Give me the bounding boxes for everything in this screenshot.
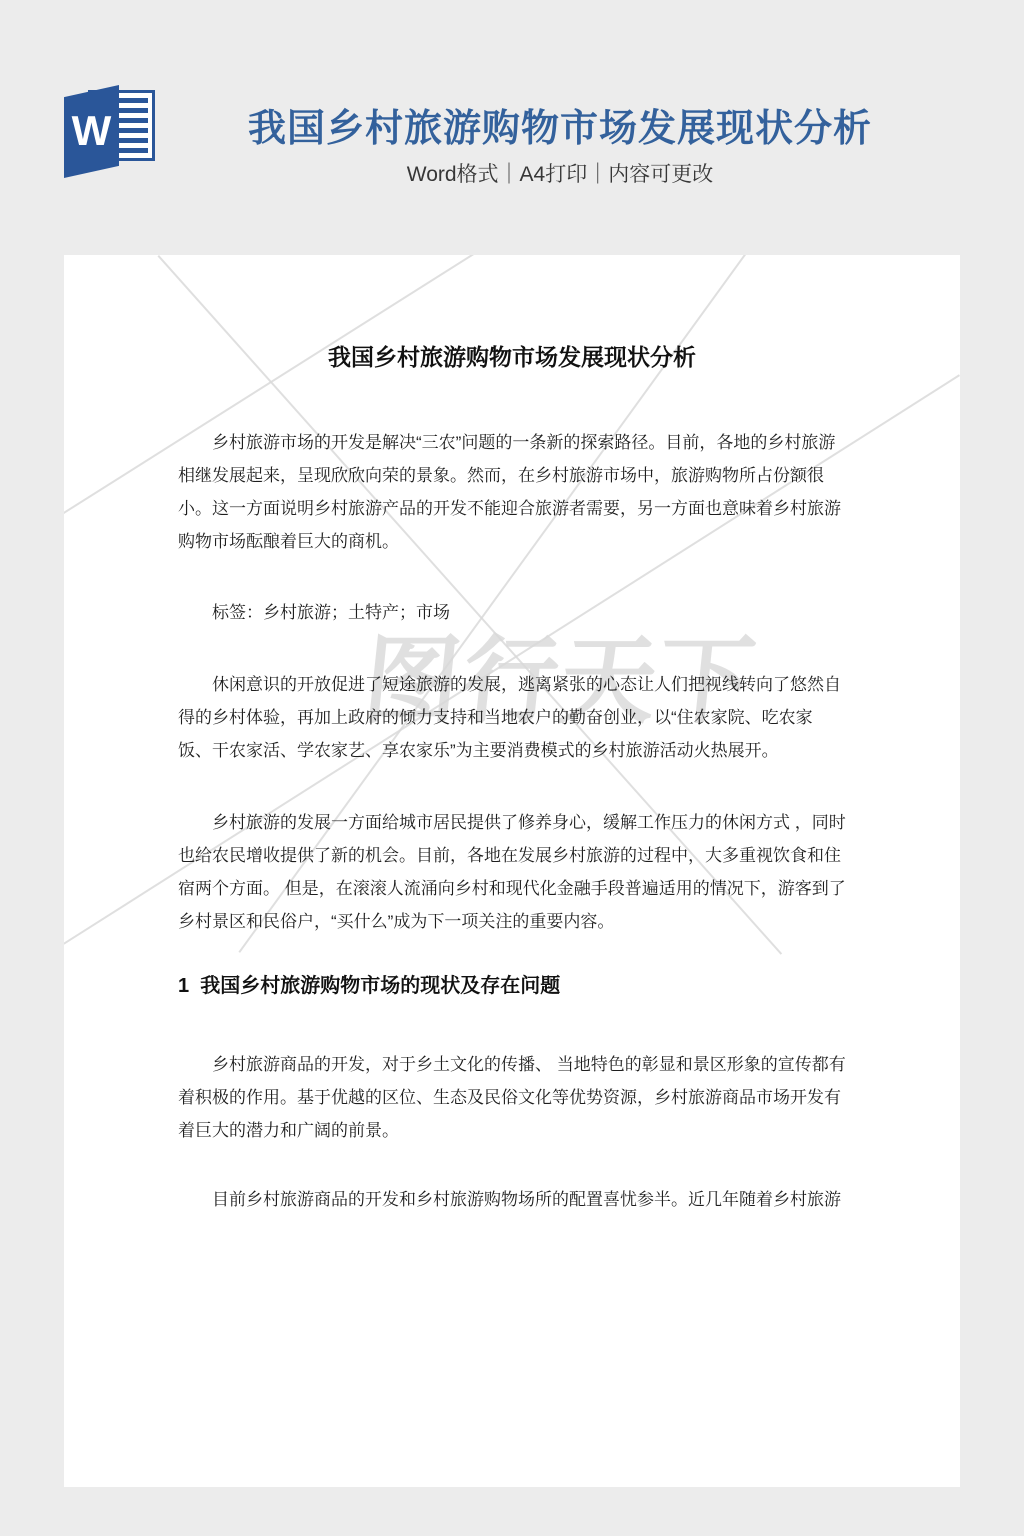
word-icon-flag: W — [64, 85, 119, 178]
doc-paragraph: 乡村旅游商品的开发，对于乡土文化的传播、 当地特色的彰显和景区形象的宣传都有着积… — [178, 1048, 846, 1147]
word-icon-letter: W — [72, 110, 112, 152]
doc-paragraph: 乡村旅游的发展一方面给城市居民提供了修养身心，缓解工作压力的休闲方式 ，同时也给… — [178, 806, 846, 938]
word-file-icon: W — [64, 85, 156, 178]
page-subtitle: Word格式｜A4打印｜内容可更改 — [160, 158, 960, 188]
page-title: 我国乡村旅游购物市场发展现状分析 — [160, 97, 960, 152]
doc-paragraph: 乡村旅游市场的开发是解决“三农”问题的一条新的探索路径。目前，各地的乡村旅游相继… — [178, 426, 846, 558]
doc-tag-line: 标签：乡村旅游；土特产；市场 — [178, 596, 846, 629]
header-banner: W 我国乡村旅游购物市场发展现状分析 Word格式｜A4打印｜内容可更改 — [0, 0, 1024, 255]
doc-paragraph: 目前乡村旅游商品的开发和乡村旅游购物场所的配置喜忧参半。近几年随着乡村旅游 — [178, 1183, 846, 1216]
document-sheet: 图行天下 我国乡村旅游购物市场发展现状分析 乡村旅游市场的开发是解决“三农”问题… — [64, 255, 960, 1487]
doc-title: 我国乡村旅游购物市场发展现状分析 — [178, 342, 846, 372]
document-content: 我国乡村旅游购物市场发展现状分析 乡村旅游市场的开发是解决“三农”问题的一条新的… — [178, 342, 846, 1216]
doc-paragraph: 休闲意识的开放促进了短途旅游的发展，逃离紧张的心态让人们把视线转向了悠然自得的乡… — [178, 668, 846, 767]
doc-section-heading: 1 我国乡村旅游购物市场的现状及存在问题 — [178, 970, 846, 1003]
